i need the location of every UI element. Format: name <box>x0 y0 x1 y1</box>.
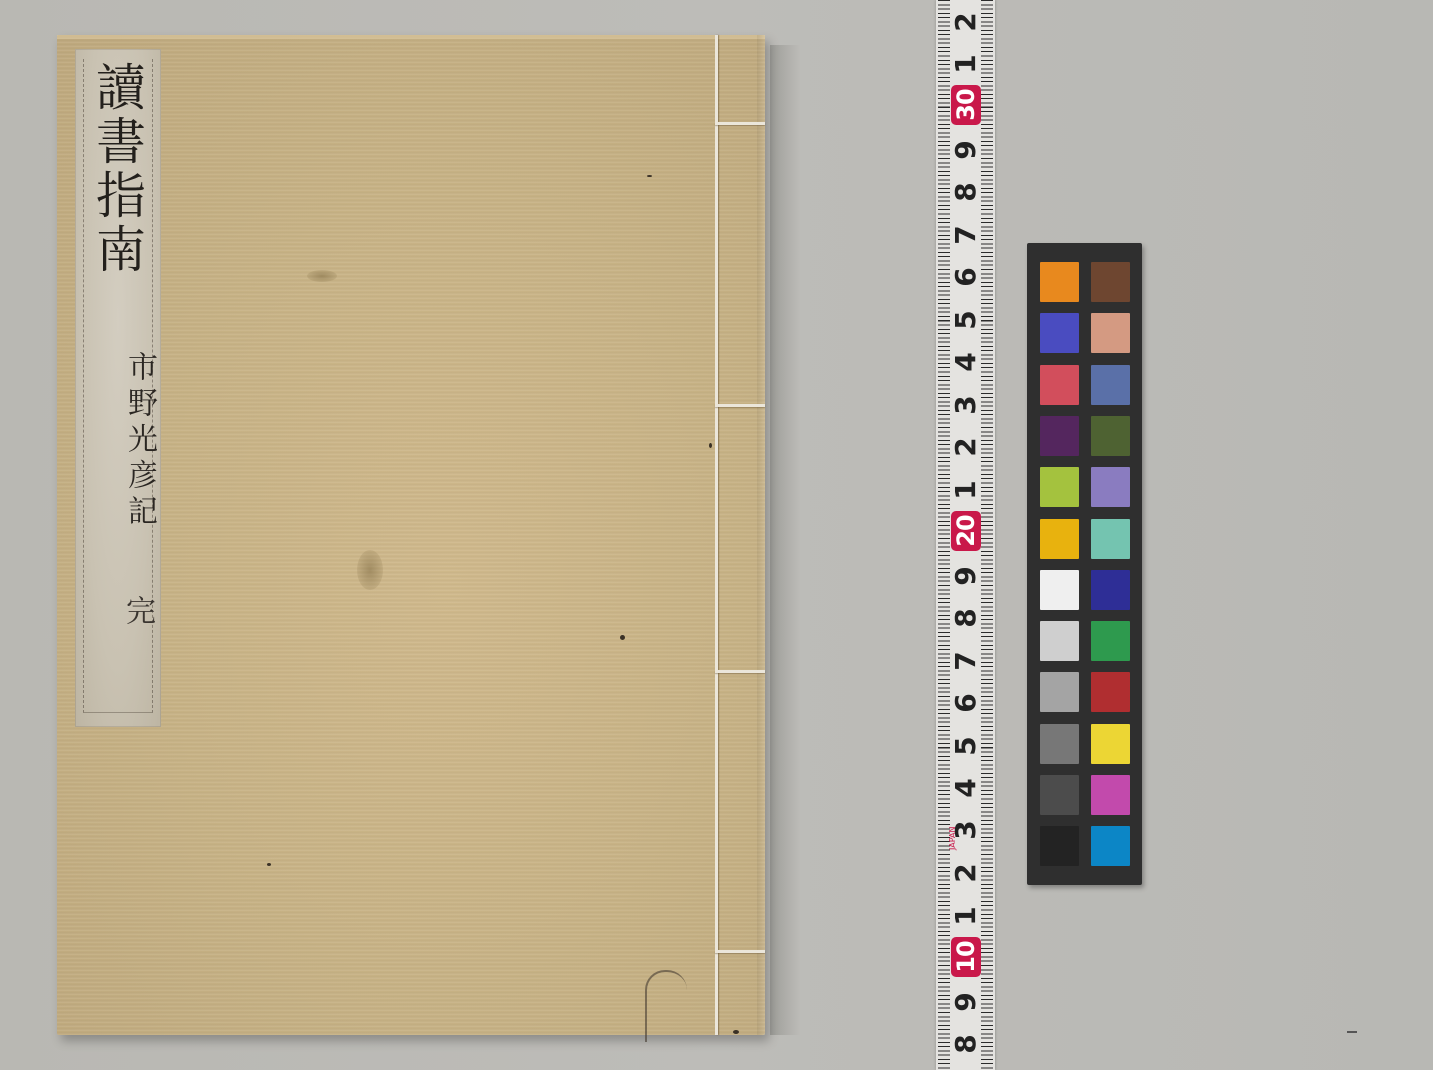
title-label: 讀書指南 市野光彦記 完 <box>75 49 161 727</box>
dust-speck <box>1347 1031 1357 1033</box>
color-swatch <box>1040 467 1079 507</box>
author-note: 市野光彦記 <box>115 351 159 531</box>
spine-fold <box>757 35 765 1035</box>
book-title: 讀書指南 <box>89 61 149 277</box>
ruler-label: 7 <box>950 645 982 677</box>
ruler-label: 5 <box>950 304 982 336</box>
color-swatch <box>1091 262 1130 302</box>
ink-spot <box>733 1030 739 1034</box>
ruler-label: 1 <box>950 900 982 932</box>
color-swatch <box>1040 570 1079 610</box>
color-swatch <box>1040 519 1079 559</box>
ruler-label: 9 <box>950 986 982 1018</box>
color-swatch <box>1040 775 1079 815</box>
ruler-label: 1 <box>950 474 982 506</box>
binding-stitch <box>715 950 765 953</box>
color-swatch <box>1091 724 1130 764</box>
ruler-label: 2 <box>950 431 982 463</box>
measuring-ruler: 2130987654321209876543211098 JAPAN <box>936 0 995 1070</box>
ruler-label: 3 <box>950 389 982 421</box>
ruler-label: 5 <box>950 730 982 762</box>
color-swatch <box>1091 672 1130 712</box>
ruler-label: 2 <box>950 857 982 889</box>
stain-mark <box>357 550 383 590</box>
color-swatch <box>1091 313 1130 353</box>
color-swatch <box>1040 365 1079 405</box>
binding-stitch <box>715 670 765 673</box>
ruler-ticks-right <box>981 0 993 1070</box>
ruler-label: 2 <box>950 6 982 38</box>
ruler-label: 4 <box>950 346 982 378</box>
stain-mark <box>307 270 337 282</box>
ruler-label: 4 <box>950 772 982 804</box>
color-swatch <box>1091 826 1130 866</box>
color-swatch <box>1040 262 1079 302</box>
ruler-label: 6 <box>950 261 982 293</box>
binding-thread <box>715 35 718 1035</box>
color-swatch <box>1091 467 1130 507</box>
color-swatch <box>1091 570 1130 610</box>
color-swatch <box>1040 724 1079 764</box>
ink-spot <box>620 635 625 640</box>
color-swatch <box>1040 313 1079 353</box>
binding-stitch <box>715 404 765 407</box>
ink-spot <box>267 863 271 866</box>
binding-stitch <box>715 122 765 125</box>
ruler-label: 30 <box>951 85 981 125</box>
ruler-label: 8 <box>950 602 982 634</box>
ruler-label: 7 <box>950 219 982 251</box>
color-checker-card <box>1027 243 1142 885</box>
ink-spot <box>709 443 712 448</box>
book-cover: 讀書指南 市野光彦記 完 <box>57 35 765 1035</box>
ruler-label: 9 <box>950 560 982 592</box>
book-shadow <box>770 45 800 1035</box>
ruler-label: 8 <box>950 176 982 208</box>
color-swatch <box>1091 621 1130 661</box>
ruler-label: 10 <box>951 937 981 977</box>
color-swatch <box>1040 416 1079 456</box>
color-swatch <box>1091 365 1130 405</box>
pencil-doodle <box>645 970 687 1042</box>
ruler-brand: JAPAN <box>948 827 957 850</box>
color-swatch <box>1040 826 1079 866</box>
book-top-edge <box>57 35 765 39</box>
ink-spot <box>647 175 652 177</box>
color-swatch <box>1091 775 1130 815</box>
ruler-label: 1 <box>950 48 982 80</box>
color-swatch <box>1040 672 1079 712</box>
ruler-label: 20 <box>951 511 981 551</box>
volume-mark: 完 <box>117 595 157 625</box>
ruler-label: 8 <box>950 1028 982 1060</box>
color-swatch <box>1091 416 1130 456</box>
ruler-label: 9 <box>950 134 982 166</box>
color-swatch <box>1091 519 1130 559</box>
color-swatch <box>1040 621 1079 661</box>
ruler-label: 6 <box>950 687 982 719</box>
